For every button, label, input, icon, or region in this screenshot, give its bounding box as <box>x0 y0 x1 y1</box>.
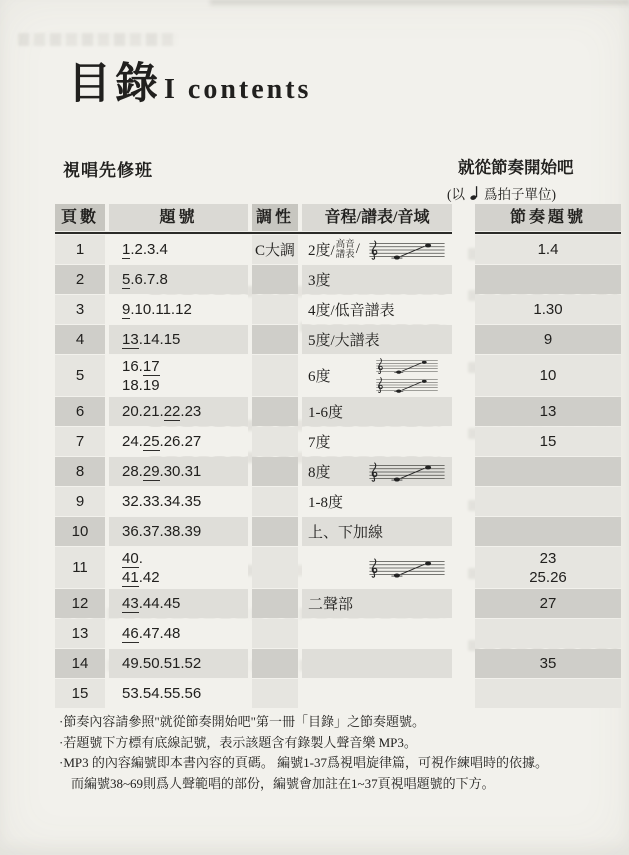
contents-table-header: 頁數 題號 調性 音程/譜表/音域 <box>55 204 452 234</box>
key-cell <box>252 427 298 456</box>
key-cell <box>252 355 298 396</box>
beat-unit-note: (以 爲拍子單位) <box>447 183 556 203</box>
treble-staff-range-icon <box>365 557 449 579</box>
scanned-book-page: 目錄 I contents 視唱先修班 就從節奏開始吧 (以 爲拍子單位) 頁數… <box>0 0 629 855</box>
interval-text: 上、下加線 <box>308 521 383 542</box>
rhythm-number-line: 35 <box>540 654 557 673</box>
number-text: .10.11.12 <box>130 301 191 318</box>
table-row: 1036.37.38.39上、下加線 <box>55 517 452 546</box>
header-interval-staff-range: 音程/譜表/音域 <box>302 204 452 231</box>
treble-staff-range-icon <box>365 239 449 261</box>
number-text: 24. <box>122 433 143 450</box>
item-numbers-cell: 53.54.55.56 <box>109 679 248 708</box>
item-numbers-cell: 13.14.15 <box>109 325 248 354</box>
quarter-note-icon <box>465 185 484 201</box>
rhythm-number-cell: 13 <box>475 397 621 426</box>
rhythm-number-cell <box>475 679 621 708</box>
number-text: 20.21. <box>122 403 164 420</box>
table-row: 828.29.30.318度 <box>55 457 452 486</box>
rhythm-number-cell <box>475 487 621 516</box>
rhythm-number-line: 9 <box>544 330 552 349</box>
key-cell <box>252 589 298 618</box>
footnote-line: 而編號38~69則爲人聲範唱的部份，編號會加註在1~37頁視唱題號的下方。 <box>59 774 604 795</box>
table-row: 413.14.155度/大譜表 <box>55 325 452 354</box>
table-row: 1243.44.45二聲部 <box>55 589 452 618</box>
treble-staff-range-icon <box>365 357 449 375</box>
beat-unit-suffix: 爲拍子單位) <box>484 183 556 203</box>
item-numbers-line: 16.17 <box>122 357 248 376</box>
rhythm-number-line: 1.4 <box>538 240 559 259</box>
interval-cell: 6度 <box>302 355 452 396</box>
item-numbers-cell: 20.21.22.23 <box>109 397 248 426</box>
treble-staff-range-icon <box>365 376 449 394</box>
page-number-cell: 5 <box>55 355 105 396</box>
page-number-cell: 6 <box>55 397 105 426</box>
key-cell <box>252 487 298 516</box>
interval-cell: 二聲部 <box>302 589 452 618</box>
rhythm-number-line: 10 <box>540 366 557 385</box>
interval-cell: 2度/高音譜表/ <box>302 235 452 264</box>
item-numbers-cell: 28.29.30.31 <box>109 457 248 486</box>
item-numbers-cell: 43.44.45 <box>109 589 248 618</box>
number-text: .44.45 <box>139 595 181 612</box>
key-cell <box>252 517 298 546</box>
interval-cell <box>302 649 452 678</box>
table-row: 11.2.3.4C大調2度/高音譜表/ <box>55 235 452 264</box>
item-numbers-cell: 9.10.11.12 <box>109 295 248 324</box>
item-numbers-cell: 36.37.38.39 <box>109 517 248 546</box>
number-text: 49.50.51.52 <box>122 655 201 672</box>
interval-text: 6度 <box>308 365 331 386</box>
footnotes: ·節奏內容請參照"就從節奏開始吧"第一冊「目錄」之節奏題號。 ·若題號下方標有底… <box>59 712 604 794</box>
table-row: 724.25.26.277度 <box>55 427 452 456</box>
page-title: 目錄 I contents <box>68 50 311 111</box>
key-cell <box>252 619 298 648</box>
interval-text: 8度 <box>308 461 331 482</box>
table-row: 932.33.34.351-8度 <box>55 487 452 516</box>
interval-text: 4度/低音譜表 <box>308 299 395 320</box>
underlined-number: 46 <box>122 625 139 643</box>
key-cell <box>252 457 298 486</box>
item-numbers-line: 13.14.15 <box>122 330 248 349</box>
table-row: 1140.41.42 <box>55 547 452 588</box>
interval-cell: 1-6度 <box>302 397 452 426</box>
header-page-number: 頁數 <box>55 204 105 231</box>
rhythm-number-line: 13 <box>540 402 557 421</box>
key-cell <box>252 295 298 324</box>
rhythm-number-line: 1.30 <box>533 300 562 319</box>
item-numbers-line: 18.19 <box>122 376 248 395</box>
header-item-numbers: 題號 <box>109 204 248 231</box>
interval-cell: 上、下加線 <box>302 517 452 546</box>
interval-cell <box>302 679 452 708</box>
item-numbers-line: 9.10.11.12 <box>122 300 248 319</box>
item-numbers-line: 24.25.26.27 <box>122 432 248 451</box>
item-numbers-cell: 16.1718.19 <box>109 355 248 396</box>
page-number-cell: 3 <box>55 295 105 324</box>
footnote-line: ·若題號下方標有底線記號，表示該題含有錄製人聲音樂 MP3。 <box>59 733 604 754</box>
underlined-number: 25 <box>143 433 160 451</box>
item-numbers-line: 43.44.45 <box>122 594 248 613</box>
item-numbers-cell: 40.41.42 <box>109 547 248 588</box>
contents-table-body: 11.2.3.4C大調2度/高音譜表/25.6.7.83度39.10.11.12… <box>55 235 452 708</box>
interval-cell: 7度 <box>302 427 452 456</box>
rhythm-number-cell <box>475 517 621 546</box>
item-numbers-cell: 49.50.51.52 <box>109 649 248 678</box>
footnote-line: ·MP3 的內容編號即本書內容的頁碼。 編號1-37爲視唱旋律篇，可視作練唱時的… <box>59 753 604 774</box>
number-text: .6.7.8 <box>130 271 168 288</box>
clef-label-stack: 高音譜表 <box>336 240 355 260</box>
interval-text: 1-6度 <box>308 401 343 422</box>
item-numbers-line: 5.6.7.8 <box>122 270 248 289</box>
item-numbers-line: 53.54.55.56 <box>122 684 248 703</box>
interval-cell: 5度/大譜表 <box>302 325 452 354</box>
header-rhythm-numbers: 節奏題號 <box>475 204 621 231</box>
rhythm-number-cell: 10 <box>475 355 621 396</box>
number-text: .42 <box>139 569 160 586</box>
interval-text: 1-8度 <box>308 491 343 512</box>
rhythm-number-cell: 35 <box>475 649 621 678</box>
item-numbers-line: 36.37.38.39 <box>122 522 248 541</box>
item-numbers-line: 40. <box>122 549 248 568</box>
table-row: 39.10.11.124度/低音譜表 <box>55 295 452 324</box>
interval-cell: 1-8度 <box>302 487 452 516</box>
number-text: 18.19 <box>122 377 160 394</box>
page-title-cjk: 目錄 <box>68 50 162 111</box>
underlined-number: 22 <box>164 403 181 421</box>
number-text: .2.3.4 <box>130 241 168 258</box>
item-numbers-cell: 1.2.3.4 <box>109 235 248 264</box>
interval-cell <box>302 547 452 588</box>
interval-text: 二聲部 <box>308 593 353 614</box>
table-row: 25.6.7.83度 <box>55 265 452 294</box>
number-text: 32.33.34.35 <box>122 493 201 510</box>
number-text: .26.27 <box>160 433 202 450</box>
item-numbers-line: 1.2.3.4 <box>122 240 248 259</box>
item-numbers-cell: 24.25.26.27 <box>109 427 248 456</box>
underlined-number: 41 <box>122 569 139 587</box>
interval-cell: 8度 <box>302 457 452 486</box>
clef-label-line: 高音 <box>336 240 355 250</box>
key-cell <box>252 679 298 708</box>
item-numbers-line: 49.50.51.52 <box>122 654 248 673</box>
page-number-cell: 2 <box>55 265 105 294</box>
rhythm-number-line: 25.26 <box>529 568 567 587</box>
rhythm-table-header: 節奏題號 <box>475 204 621 234</box>
number-text: 28. <box>122 463 143 480</box>
contents-table: 頁數 題號 調性 音程/譜表/音域 11.2.3.4C大調2度/高音譜表/25.… <box>55 204 452 708</box>
item-numbers-line: 20.21.22.23 <box>122 402 248 421</box>
section-heading-sightsinging: 視唱先修班 <box>63 156 153 181</box>
number-text: 53.54.55.56 <box>122 685 201 702</box>
number-text: .30.31 <box>160 463 202 480</box>
interval-cell <box>302 619 452 648</box>
page-number-cell: 7 <box>55 427 105 456</box>
rhythm-number-line: 15 <box>540 432 557 451</box>
rhythm-numbers-table: 節奏題號 1.41.3091013152325.262735 <box>475 204 621 708</box>
table-row: 516.1718.196度 <box>55 355 452 396</box>
clef-label-line: 譜表 <box>336 250 355 260</box>
treble-staff-range-icon <box>365 557 449 579</box>
rhythm-number-cell <box>475 619 621 648</box>
number-text: .23 <box>180 403 201 420</box>
key-cell <box>252 265 298 294</box>
treble-staff-range-icon <box>365 357 449 394</box>
rhythm-number-cell: 1.30 <box>475 295 621 324</box>
rhythm-number-cell: 2325.26 <box>475 547 621 588</box>
number-text: .47.48 <box>139 625 181 642</box>
page-number-cell: 9 <box>55 487 105 516</box>
rhythm-number-cell <box>475 265 621 294</box>
number-text: . <box>139 550 143 567</box>
underlined-number: 13 <box>122 331 139 349</box>
treble-staff-range-icon <box>365 239 449 261</box>
page-title-latin: I contents <box>164 74 311 106</box>
number-text: 16. <box>122 358 143 375</box>
rhythm-number-cell: 9 <box>475 325 621 354</box>
table-row: 620.21.22.231-6度 <box>55 397 452 426</box>
underlined-number: 40 <box>122 550 139 568</box>
item-numbers-cell: 5.6.7.8 <box>109 265 248 294</box>
interval-text: 2度/ <box>308 239 335 260</box>
page-number-cell: 1 <box>55 235 105 264</box>
treble-staff-range-icon <box>365 461 449 483</box>
rhythm-number-line: 27 <box>540 594 557 613</box>
item-numbers-line: 41.42 <box>122 568 248 587</box>
rhythm-table-body: 1.41.3091013152325.262735 <box>475 235 621 708</box>
page-number-cell: 8 <box>55 457 105 486</box>
page-number-cell: 12 <box>55 589 105 618</box>
underlined-number: 17 <box>143 358 160 376</box>
key-cell <box>252 547 298 588</box>
page-number-cell: 10 <box>55 517 105 546</box>
rhythm-number-cell <box>475 457 621 486</box>
interval-text: / <box>356 241 360 258</box>
page-number-cell: 15 <box>55 679 105 708</box>
key-cell: C大調 <box>252 235 298 264</box>
underlined-number: 29 <box>143 463 160 481</box>
table-row: 1449.50.51.52 <box>55 649 452 678</box>
footnote-line: ·節奏內容請參照"就從節奏開始吧"第一冊「目錄」之節奏題號。 <box>59 712 604 733</box>
number-text: 36.37.38.39 <box>122 523 201 540</box>
interval-text: 5度/大譜表 <box>308 329 380 350</box>
page-number-cell: 4 <box>55 325 105 354</box>
interval-text: 7度 <box>308 431 331 452</box>
interval-cell: 3度 <box>302 265 452 294</box>
treble-staff-range-icon <box>365 461 449 483</box>
table-row: 1346.47.48 <box>55 619 452 648</box>
rhythm-number-line: 23 <box>540 549 557 568</box>
interval-text: 3度 <box>308 269 331 290</box>
header-key: 調性 <box>252 204 298 231</box>
item-numbers-cell: 32.33.34.35 <box>109 487 248 516</box>
rhythm-number-cell: 15 <box>475 427 621 456</box>
item-numbers-line: 28.29.30.31 <box>122 462 248 481</box>
rhythm-number-cell: 27 <box>475 589 621 618</box>
table-row: 1553.54.55.56 <box>55 679 452 708</box>
beat-unit-prefix: (以 <box>447 183 465 203</box>
number-text: .14.15 <box>139 331 181 348</box>
bleed-through-artifact <box>18 33 178 46</box>
interval-cell: 4度/低音譜表 <box>302 295 452 324</box>
rhythm-number-cell: 1.4 <box>475 235 621 264</box>
key-cell <box>252 397 298 426</box>
page-number-cell: 14 <box>55 649 105 678</box>
item-numbers-line: 46.47.48 <box>122 624 248 643</box>
page-number-cell: 11 <box>55 547 105 588</box>
underlined-number: 43 <box>122 595 139 613</box>
item-numbers-cell: 46.47.48 <box>109 619 248 648</box>
page-number-cell: 13 <box>55 619 105 648</box>
rhythm-book-heading: 就從節奏開始吧 <box>458 154 574 178</box>
scan-streak-artifact <box>210 0 629 7</box>
key-cell <box>252 649 298 678</box>
key-cell <box>252 325 298 354</box>
item-numbers-line: 32.33.34.35 <box>122 492 248 511</box>
